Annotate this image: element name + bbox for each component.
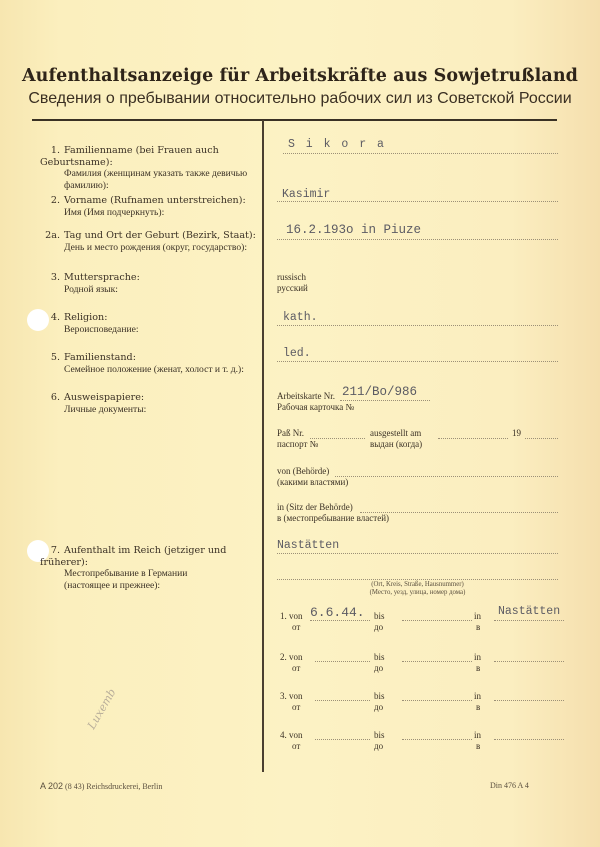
year-line [525,438,558,439]
field-2a-label: 2a.Tag und Ort der Geburt (Bezirk, Staat… [40,230,265,253]
residence-4-to-line[interactable] [402,739,472,740]
residence-1-to-line[interactable] [402,620,472,621]
issued-label: ausgestellt am выдан (когда) [370,428,422,449]
din-format: Din 476 A 4 [490,781,529,790]
residence-1-from-value[interactable]: 6.6.44. [310,605,365,620]
residence-2-to-line[interactable] [402,661,472,662]
surname-line [283,153,558,154]
field-1-label: 1.Familienname (bei Frauen auch Geburtsn… [40,145,265,191]
form-imprint: A 202 (8 43) Reichsdruckerei, Berlin [40,781,162,791]
current-residence-value[interactable]: Nastätten [277,539,339,552]
residence-1-place-value[interactable]: Nastätten [498,605,560,618]
field-2-label: 2.Vorname (Rufnamen unterstreichen): Имя… [40,195,265,218]
work-card-line [340,400,430,401]
field-7-label: 7.Aufenthalt im Reich (jetziger und früh… [40,545,265,591]
authority-line [335,476,558,477]
residence-row: 4. von от bis до in в [280,727,565,766]
residence-row: 3. von от bis до in в [280,688,565,727]
passport-line [310,438,365,439]
residence-row: 2. von от bis до in в [280,649,565,688]
residence-3-to-line[interactable] [402,700,472,701]
first-name-value[interactable]: Kasimir [282,188,330,201]
religion-value[interactable]: kath. [283,311,318,324]
header-divider [32,119,557,121]
field-4-label: 4.Religion: Вероисповедание: [40,312,265,335]
field-3-label: 3.Muttersprache: Родной язык: [40,272,265,295]
residence-row: 1. von от 6.6.44. bis до in в Nastätten [280,608,565,649]
issued-line [438,438,508,439]
residence-2-from-line[interactable] [315,661,370,662]
address-hint: (Ort, Kreis, Straße, Hausnummer) (Место,… [277,581,558,597]
seat-line [360,512,558,513]
birth-line [277,239,558,240]
residence-3-place-line[interactable] [494,700,564,701]
work-card-value[interactable]: 211/Bo/986 [342,385,417,399]
marital-line [277,361,558,362]
residence-line-2 [277,579,558,580]
residence-4-place-line[interactable] [494,739,564,740]
field-5-label: 5.Familienstand: Семейное положение (жен… [40,352,265,375]
first-name-line [277,201,558,202]
residence-3-from-line[interactable] [315,700,370,701]
marital-status-value[interactable]: led. [283,347,311,360]
surname-value[interactable]: S i k o r a [288,138,386,151]
year-prefix: 19 [512,428,521,439]
field-6-label: 6.Ausweispapiere: Личные документы: [40,392,265,415]
residence-history: 1. von от 6.6.44. bis до in в Nastätten … [280,608,565,766]
form-title-german: Aufenthaltsanzeige für Arbeitskräfte aus… [0,66,600,86]
pencil-annotation: Luxemb [85,686,119,731]
religion-line [277,325,558,326]
birth-date-place-value[interactable]: 16.2.193o in Piuze [286,223,421,237]
form-title-russian: Сведения о пребывании относительно рабоч… [0,90,600,108]
mother-tongue-value: russisch русский [277,272,308,293]
residence-2-place-line[interactable] [494,661,564,662]
residence-line-1 [277,553,558,554]
residence-4-from-line[interactable] [315,739,370,740]
